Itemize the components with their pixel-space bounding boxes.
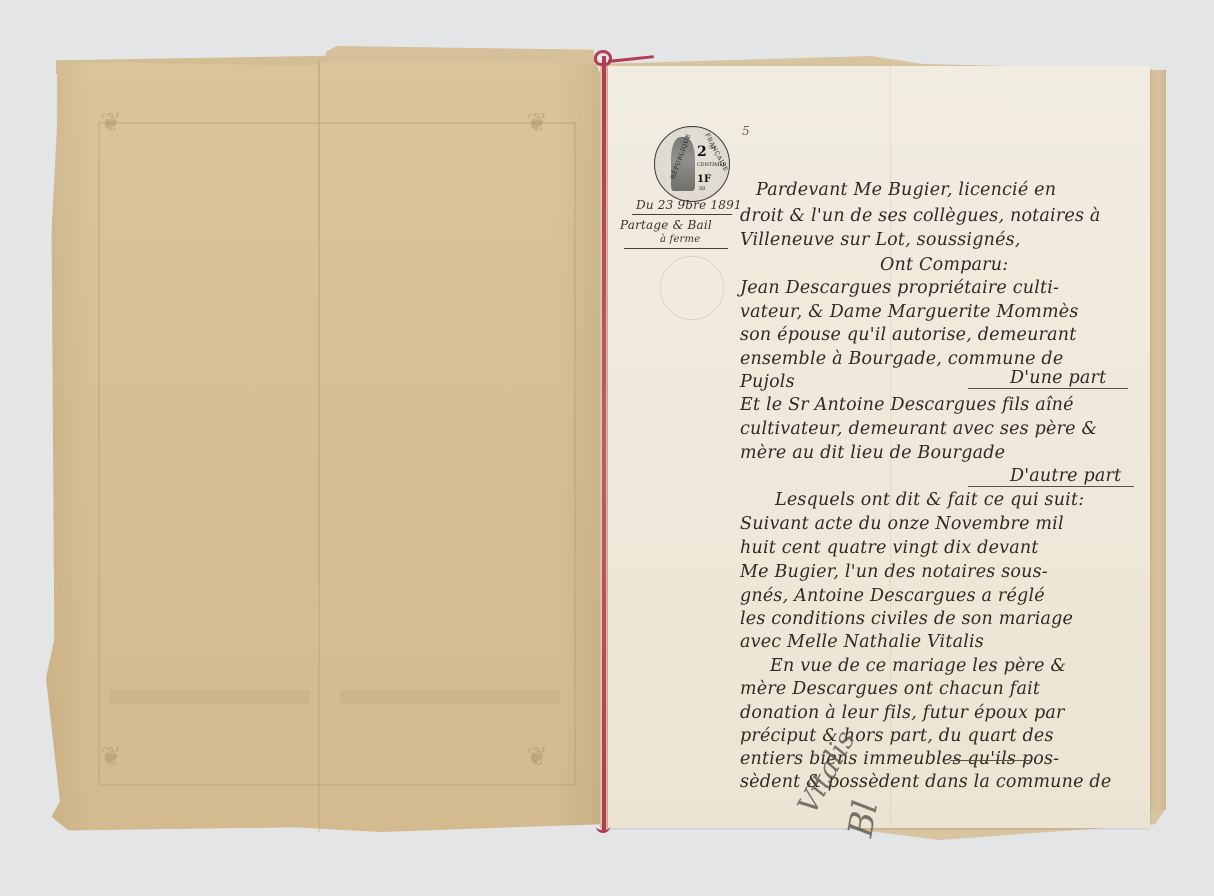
deed-line: Me Bugier, l'un des notaires sous- bbox=[740, 562, 1048, 582]
stamp-value-fraction: 50 bbox=[709, 146, 715, 151]
deed-line: donation à leur fils, futur époux par bbox=[740, 703, 1065, 723]
ornament-icon: ❦ bbox=[96, 742, 126, 772]
document-photo: ❦ ❦ ❦ ❦ RÉPUBLIQUE FRANÇAISE 2 50 CENTIM… bbox=[0, 0, 1214, 896]
margin-subtitle: à ferme bbox=[660, 234, 700, 245]
deed-line: préciput & hors part, du quart des bbox=[740, 726, 1054, 746]
margin-date: Du 23 9bre 1891 bbox=[636, 198, 742, 212]
deed-line: Lesquels ont dit & fait ce qui suit: bbox=[775, 490, 1084, 510]
deed-line: mère au dit lieu de Bourgade bbox=[740, 443, 1005, 463]
margin-underline bbox=[632, 214, 732, 215]
binding-cord bbox=[602, 56, 606, 832]
deed-line: huit cent quatre vingt dix devant bbox=[740, 538, 1039, 558]
deed-line: Ont Comparu: bbox=[880, 255, 1008, 275]
corner-mark: 5 bbox=[742, 124, 750, 138]
deed-line: ensemble à Bourgade, commune de bbox=[740, 349, 1063, 369]
margin-underline bbox=[624, 248, 728, 249]
ornament-icon: ❦ bbox=[522, 742, 552, 772]
cover-faded-print bbox=[110, 690, 310, 704]
deed-line: Pardevant Me Bugier, licencié en bbox=[756, 180, 1056, 200]
stamp-value-label: CENTIMES bbox=[697, 163, 726, 168]
cord-bottom-loop bbox=[596, 820, 610, 833]
signature: Bl bbox=[841, 798, 887, 840]
closing-rule bbox=[950, 760, 1030, 761]
sheet-edge bbox=[1148, 70, 1166, 810]
deed-line: vateur, & Dame Marguerite Mommès bbox=[740, 302, 1079, 322]
stamp-value: 2 bbox=[697, 145, 707, 159]
deed-line: D'autre part bbox=[1010, 466, 1121, 486]
margin-title: Partage & Bail bbox=[620, 218, 712, 232]
deed-line: son épouse qu'il autorise, demeurant bbox=[740, 325, 1076, 345]
section-rule bbox=[968, 388, 1128, 389]
deed-line: droit & l'un de ses collègues, notaires … bbox=[740, 206, 1101, 226]
cover-printed-frame bbox=[98, 122, 576, 786]
fiscal-stamp: RÉPUBLIQUE FRANÇAISE 2 50 CENTIMES 1F 50 bbox=[654, 126, 730, 202]
section-rule bbox=[968, 486, 1134, 487]
stamp-sub-value: 1F bbox=[697, 175, 711, 185]
deed-line: avec Melle Nathalie Vitalis bbox=[740, 632, 984, 652]
ornament-icon: ❦ bbox=[522, 108, 552, 138]
cord-tail bbox=[608, 55, 654, 63]
deed-line: Et le Sr Antoine Descargues fils aîné bbox=[740, 395, 1074, 415]
deed-line: cultivateur, demeurant avec ses père & bbox=[740, 419, 1097, 439]
deed-line: gnés, Antoine Descargues a réglé bbox=[740, 586, 1045, 606]
embossed-seal bbox=[660, 256, 724, 320]
deed-line: Suivant acte du onze Novembre mil bbox=[740, 514, 1064, 534]
deed-line: entiers biens immeubles qu'ils pos- bbox=[740, 749, 1059, 769]
cover-faded-print bbox=[340, 690, 560, 704]
deed-line: les conditions civiles de son mariage bbox=[740, 609, 1073, 629]
deed-line: En vue de ce mariage les père & bbox=[770, 656, 1066, 676]
deed-line: Jean Descargues propriétaire culti- bbox=[740, 278, 1059, 298]
deed-line: Pujols bbox=[740, 372, 795, 392]
deed-line: mère Descargues ont chacun fait bbox=[740, 679, 1040, 699]
ornament-icon: ❦ bbox=[96, 108, 126, 138]
deed-line: Villeneuve sur Lot, soussignés, bbox=[740, 230, 1021, 250]
deed-line: D'une part bbox=[1010, 368, 1106, 388]
stamp-sub-fraction: 50 bbox=[699, 187, 705, 192]
deed-line: sèdent & possèdent dans la commune de bbox=[740, 772, 1111, 792]
cord-knot-icon bbox=[594, 50, 612, 66]
